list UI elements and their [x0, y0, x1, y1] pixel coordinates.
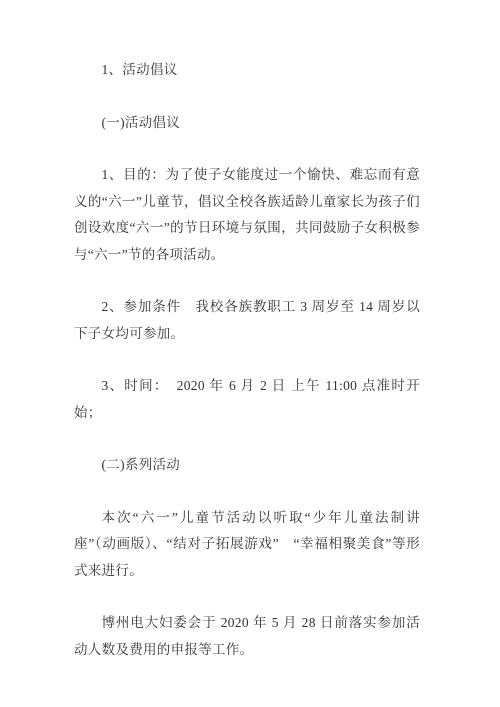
paragraph-activity-format: 本次“六一”儿童节活动以听取“少年儿童法制讲座”（动画版）、“结对子拓展游戏” …: [74, 505, 420, 585]
heading-1-activity-proposal: 1、活动倡议: [74, 57, 420, 84]
heading-section-1-activity-proposal: (一)活动倡议: [74, 110, 420, 137]
document-page: 1、活动倡议 (一)活动倡议 1、目的：为了使子女能度过一个愉快、难忘而有意义的…: [0, 0, 500, 707]
heading-section-2-series-activities: (二)系列活动: [74, 452, 420, 479]
paragraph-participation-conditions: 2、参加条件 我校各族教职工 3 周岁至 14 周岁以下子女均可参加。: [74, 294, 420, 347]
paragraph-purpose: 1、目的：为了使子女能度过一个愉快、难忘而有意义的“六一”儿童节，倡议全校各族适…: [74, 162, 420, 268]
paragraph-time: 3、时间： 2020 年 6 月 2 日 上午 11:00 点准时开始；: [74, 373, 420, 426]
paragraph-reporting-work: 博州电大妇委会于 2020 年 5 月 28 日前落实参加活动人数及费用的申报等…: [74, 610, 420, 663]
